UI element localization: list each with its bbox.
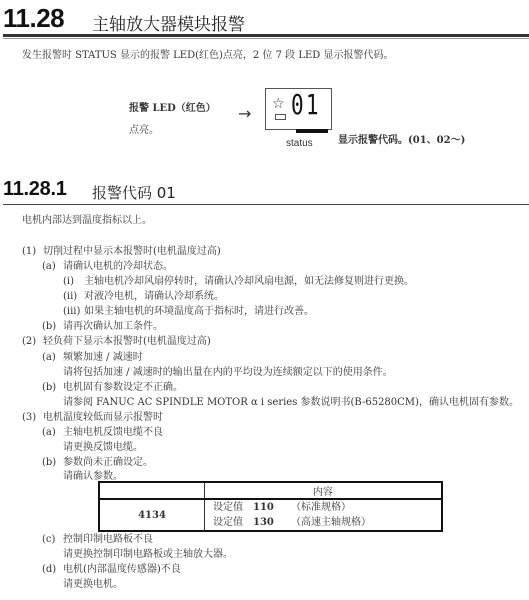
list-item-text: 请更换控制印制电路板或主轴放大器。 — [63, 547, 233, 563]
subsection-title-wrap: 报警代码 01 — [92, 182, 176, 203]
led-display: ☆ 01 — [265, 88, 332, 130]
section-title-wrap: 主轴放大器模块报警 — [92, 10, 245, 35]
list-item: (a) — [42, 259, 56, 275]
list-item: (i) — [63, 274, 74, 290]
list-item-text: 电机温度较低而显示报警时 — [43, 410, 163, 426]
list-item-text: 切削过程中显示本报警时(电机温度过高) — [43, 244, 221, 260]
value-line: 设定值 130 （高速主轴规格） — [205, 515, 441, 530]
list-item: (a) — [42, 425, 56, 441]
list-item-text: 请更换反馈电缆。 — [63, 440, 143, 456]
list-item-text: 主轴电机反馈电缆不良 — [63, 425, 163, 441]
list-item: (b) — [42, 455, 56, 471]
list-item-text: 请确认电机的冷却状态。 — [63, 259, 173, 275]
list-item-text: 请更换电机。 — [63, 577, 123, 593]
list-item: (ii) — [63, 289, 77, 305]
param-number: 4134 — [99, 499, 205, 531]
list-item-text: 如果主轴电机的环境温度高于指标时，请进行改善。 — [84, 304, 314, 320]
list-item: (iii) — [63, 304, 80, 320]
list-item-text: 请再次确认加工条件。 — [63, 319, 163, 335]
list-item: (b) — [42, 380, 56, 396]
list-item-text: 轻负荷下显示本报警时(电机温度过高) — [43, 334, 211, 350]
section-rule-thin — [3, 38, 529, 39]
led-label-line1: 报警 LED（红色） — [129, 96, 216, 115]
list-item: (1) — [22, 244, 36, 260]
code-caption: 显示报警代码。(01、02～) — [338, 128, 465, 147]
list-item: (c) — [42, 532, 55, 548]
section-rule — [3, 34, 529, 37]
list-item-text: 电机(内部温度传感器)不良 — [63, 562, 181, 578]
status-label: status — [286, 138, 313, 149]
list-item-text: 请将包括加速 / 减速时的输出量在内的平均设为连续额定以下的使用条件。 — [63, 365, 393, 381]
status-bar — [296, 129, 328, 133]
list-item: (3) — [22, 410, 36, 426]
subsection-title: 报警代码 01 — [92, 184, 176, 202]
list-item-text: 对液冷电机，请确认冷却系统。 — [84, 289, 224, 305]
list-item-text: 频繁加速 / 减速时 — [63, 350, 143, 366]
section-title: 主轴放大器模块报警 — [92, 15, 245, 35]
arrow-icon: → — [238, 104, 251, 123]
star-icon: ☆ — [272, 96, 285, 112]
table-row: 4134 设定值 110 （标准规格） 设定值 130 （高速主轴规格） — [99, 499, 442, 531]
list-item-text: 控制印制电路板不良 — [63, 532, 153, 548]
led-label-line2: 点亮。 — [129, 118, 159, 137]
list-item: (b) — [42, 319, 56, 335]
subsection-description: 电机内部达到温度指标以上。 — [22, 213, 152, 229]
list-item: (d) — [42, 562, 56, 578]
subsection-rule — [3, 204, 529, 205]
list-item-text: 电机固有参数设定不正确。 — [63, 380, 183, 396]
table-header-row: 内容 — [99, 482, 442, 499]
subsection-heading: 11.28.1 — [3, 178, 67, 201]
section-number: 11.28 — [3, 3, 64, 33]
table-header-cell — [99, 482, 205, 499]
alarm-led-indicator — [275, 114, 286, 120]
list-item-text: 主轴电机冷却风扇停转时，请确认冷却风扇电源，如无法修复则进行更换。 — [84, 274, 414, 290]
param-values: 设定值 110 （标准规格） 设定值 130 （高速主轴规格） — [205, 499, 443, 531]
list-item-text: 请参阅 FANUC AC SPINDLE MOTOR α i series 参数… — [63, 395, 519, 411]
table-header-cell: 内容 — [205, 482, 443, 499]
section-heading: 11.28 — [3, 3, 64, 34]
parameter-table: 内容 4134 设定值 110 （标准规格） 设定值 130 （高速主轴规格） — [98, 481, 443, 532]
value-line: 设定值 110 （标准规格） — [205, 500, 441, 515]
subsection-number: 11.28.1 — [3, 178, 67, 200]
list-item: (2) — [22, 334, 36, 350]
section-intro: 发生报警时 STATUS 显示的报警 LED(红色)点亮，2 位 7 段 LED… — [22, 48, 393, 64]
seven-segment-code: 01 — [291, 88, 321, 121]
list-item: (a) — [42, 350, 56, 366]
